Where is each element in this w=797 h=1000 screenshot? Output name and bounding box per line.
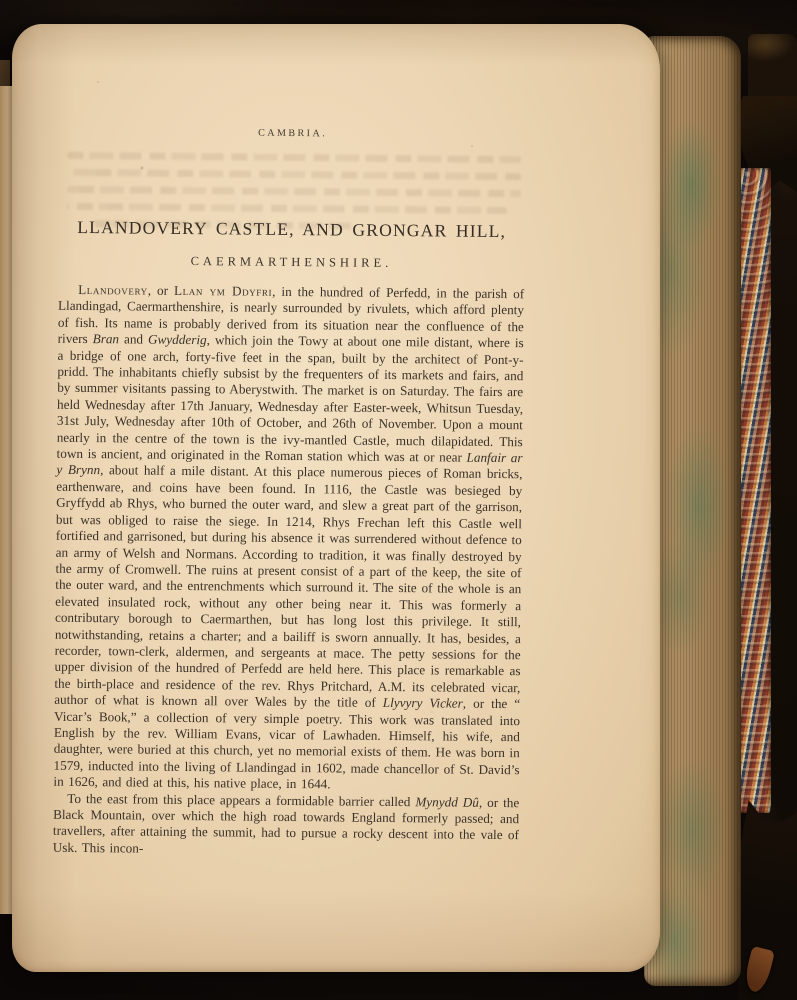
book-page: CAMBRIA. LLANDOVERY CASTLE, AND GRONGAR …	[12, 24, 660, 972]
ghost-line	[67, 169, 521, 180]
article-body: Llandovery, or Llan ym Ddyfri, in the hu…	[53, 282, 524, 861]
running-head: CAMBRIA.	[60, 126, 526, 141]
ghost-line	[67, 152, 521, 163]
article-subtitle: CAERMARTHENSHIRE.	[58, 253, 524, 272]
ghost-line	[67, 186, 521, 197]
paragraph: To the east from this place appears a fo…	[53, 790, 520, 860]
book-photo: CAMBRIA. LLANDOVERY CASTLE, AND GRONGAR …	[0, 0, 797, 1000]
article-title: LLANDOVERY CASTLE, AND GRONGAR HILL,	[59, 217, 525, 242]
marbled-endpaper-edge	[737, 168, 771, 813]
page-content: CAMBRIA. LLANDOVERY CASTLE, AND GRONGAR …	[52, 22, 527, 974]
paragraph: Llandovery, or Llan ym Ddyfri, in the hu…	[53, 282, 524, 795]
ghost-line	[67, 203, 507, 214]
